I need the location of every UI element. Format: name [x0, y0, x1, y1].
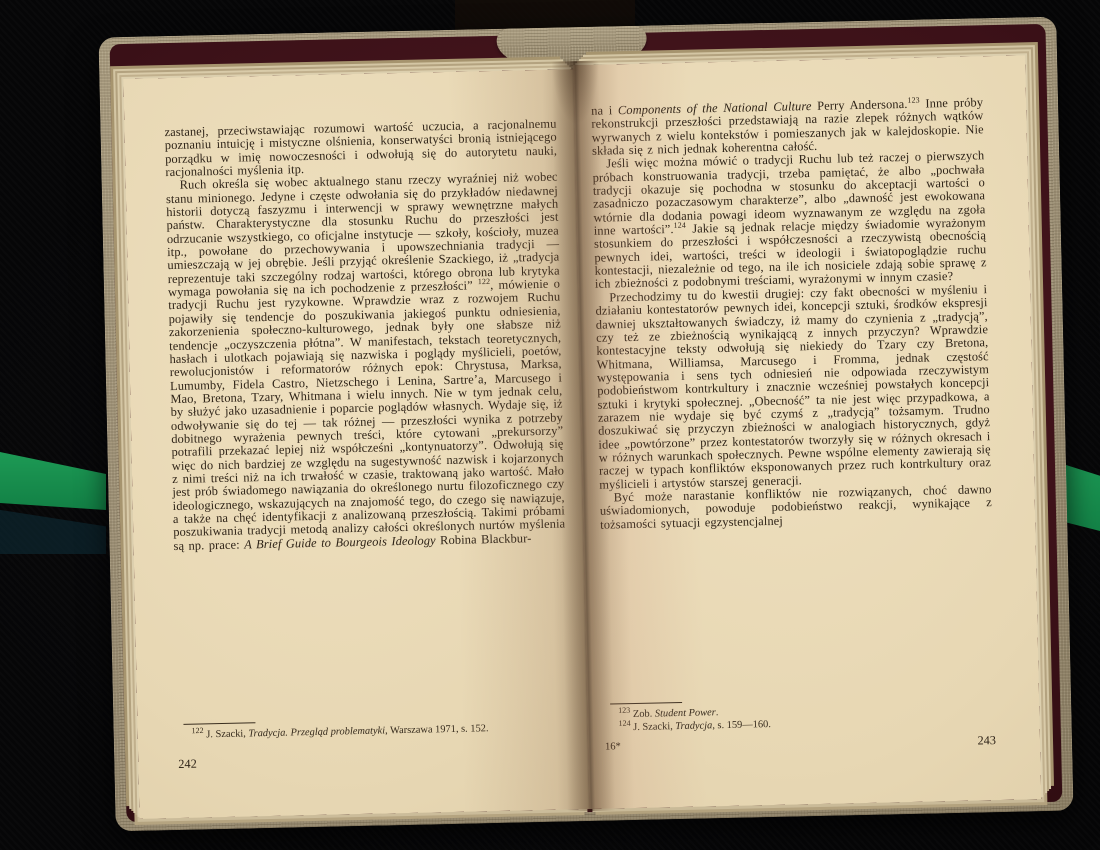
paragraph: Przechodzimy tu do kwestii drugiej: czy …: [595, 283, 991, 492]
open-book: zastanej, przeciwstawiając rozumowi wart…: [98, 17, 1073, 832]
page-number: 243: [977, 733, 996, 748]
page-number: 242: [178, 757, 197, 772]
paragraph: zastanej, przeciwstawiając rozumowi wart…: [164, 118, 557, 180]
footnote-rule: [183, 722, 255, 725]
paragraph: Być może narastanie konfliktów nie rozwi…: [599, 483, 992, 532]
left-page-footer: 242: [178, 749, 566, 772]
page-left: zastanej, przeciwstawiając rozumowi wart…: [123, 69, 589, 819]
right-page-text: na i Components of the National Culture …: [591, 96, 992, 531]
photo-background: zastanej, przeciwstawiając rozumowi wart…: [0, 0, 1100, 850]
paragraph: Ruch określa się wobec aktualnego stanu …: [166, 171, 566, 553]
green-ribbon-left: [0, 452, 106, 510]
right-page-footer: 16* 243: [605, 733, 996, 757]
green-ribbon-left-shadow: [0, 508, 106, 554]
signature-mark: 16*: [605, 741, 621, 756]
right-footnote-block: 123 Zob. Student Power. 124 J. Szacki, T…: [604, 695, 997, 735]
left-footnote-block: 122 J. Szacki, Tradycja. Przegląd proble…: [177, 715, 569, 742]
footnote-rule: [610, 702, 682, 705]
paragraph: Jeśli więc można mówić o tradycji Ruchu …: [592, 150, 987, 292]
left-page-text: zastanej, przeciwstawiając rozumowi wart…: [164, 118, 565, 553]
paragraph: na i Components of the National Culture …: [591, 96, 984, 158]
page-right: na i Components of the National Culture …: [573, 55, 1041, 809]
